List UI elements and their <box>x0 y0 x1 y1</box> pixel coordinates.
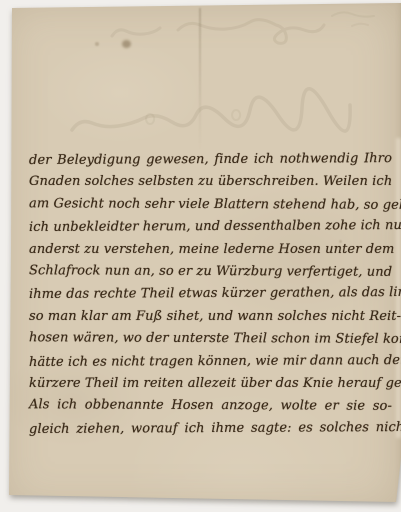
handwriting-line: Schlafrock nun an, so er zu Würzburg ver… <box>29 260 392 284</box>
letter-body: der Beleydigung gewesen, finde ich nothw… <box>29 149 392 440</box>
handwriting-line: anderst zu verstehen, meine lederne Hose… <box>29 239 392 261</box>
paper-shadow-wrap: der Beleydigung gewesen, finde ich nothw… <box>0 0 401 512</box>
handwriting-line: hosen wären, wo der unterste Theil schon… <box>29 327 392 351</box>
ink-stain <box>122 40 131 48</box>
handwriting-line: kürzere Theil im reiten allezeit über da… <box>29 373 392 395</box>
handwriting-line: der Beleydigung gewesen, finde ich nothw… <box>29 148 392 172</box>
ink-stain <box>95 42 99 46</box>
handwriting-line: Als ich obbenannte Hosen anzoge, wolte e… <box>29 395 392 419</box>
handwriting-line: am Gesicht noch sehr viele Blattern steh… <box>29 193 392 217</box>
handwriting-line: so man klar am Fuß sihet, und wann solch… <box>29 306 392 328</box>
scanned-letter-image: der Beleydigung gewesen, finde ich nothw… <box>0 0 401 512</box>
handwriting-line: ihme das rechte Theil etwas kürzer gerat… <box>29 282 392 306</box>
letter-page: der Beleydigung gewesen, finde ich nothw… <box>0 0 401 512</box>
handwriting-line: Gnaden solches selbsten zu überschreiben… <box>29 171 392 193</box>
handwriting-line: ich unbekleidter herum, und dessenthalbe… <box>29 215 392 239</box>
handwriting-line: gleich ziehen, worauf ich ihme sagte: es… <box>29 417 392 441</box>
handwriting-line: hätte ich es nicht tragen können, wie mi… <box>29 350 392 374</box>
